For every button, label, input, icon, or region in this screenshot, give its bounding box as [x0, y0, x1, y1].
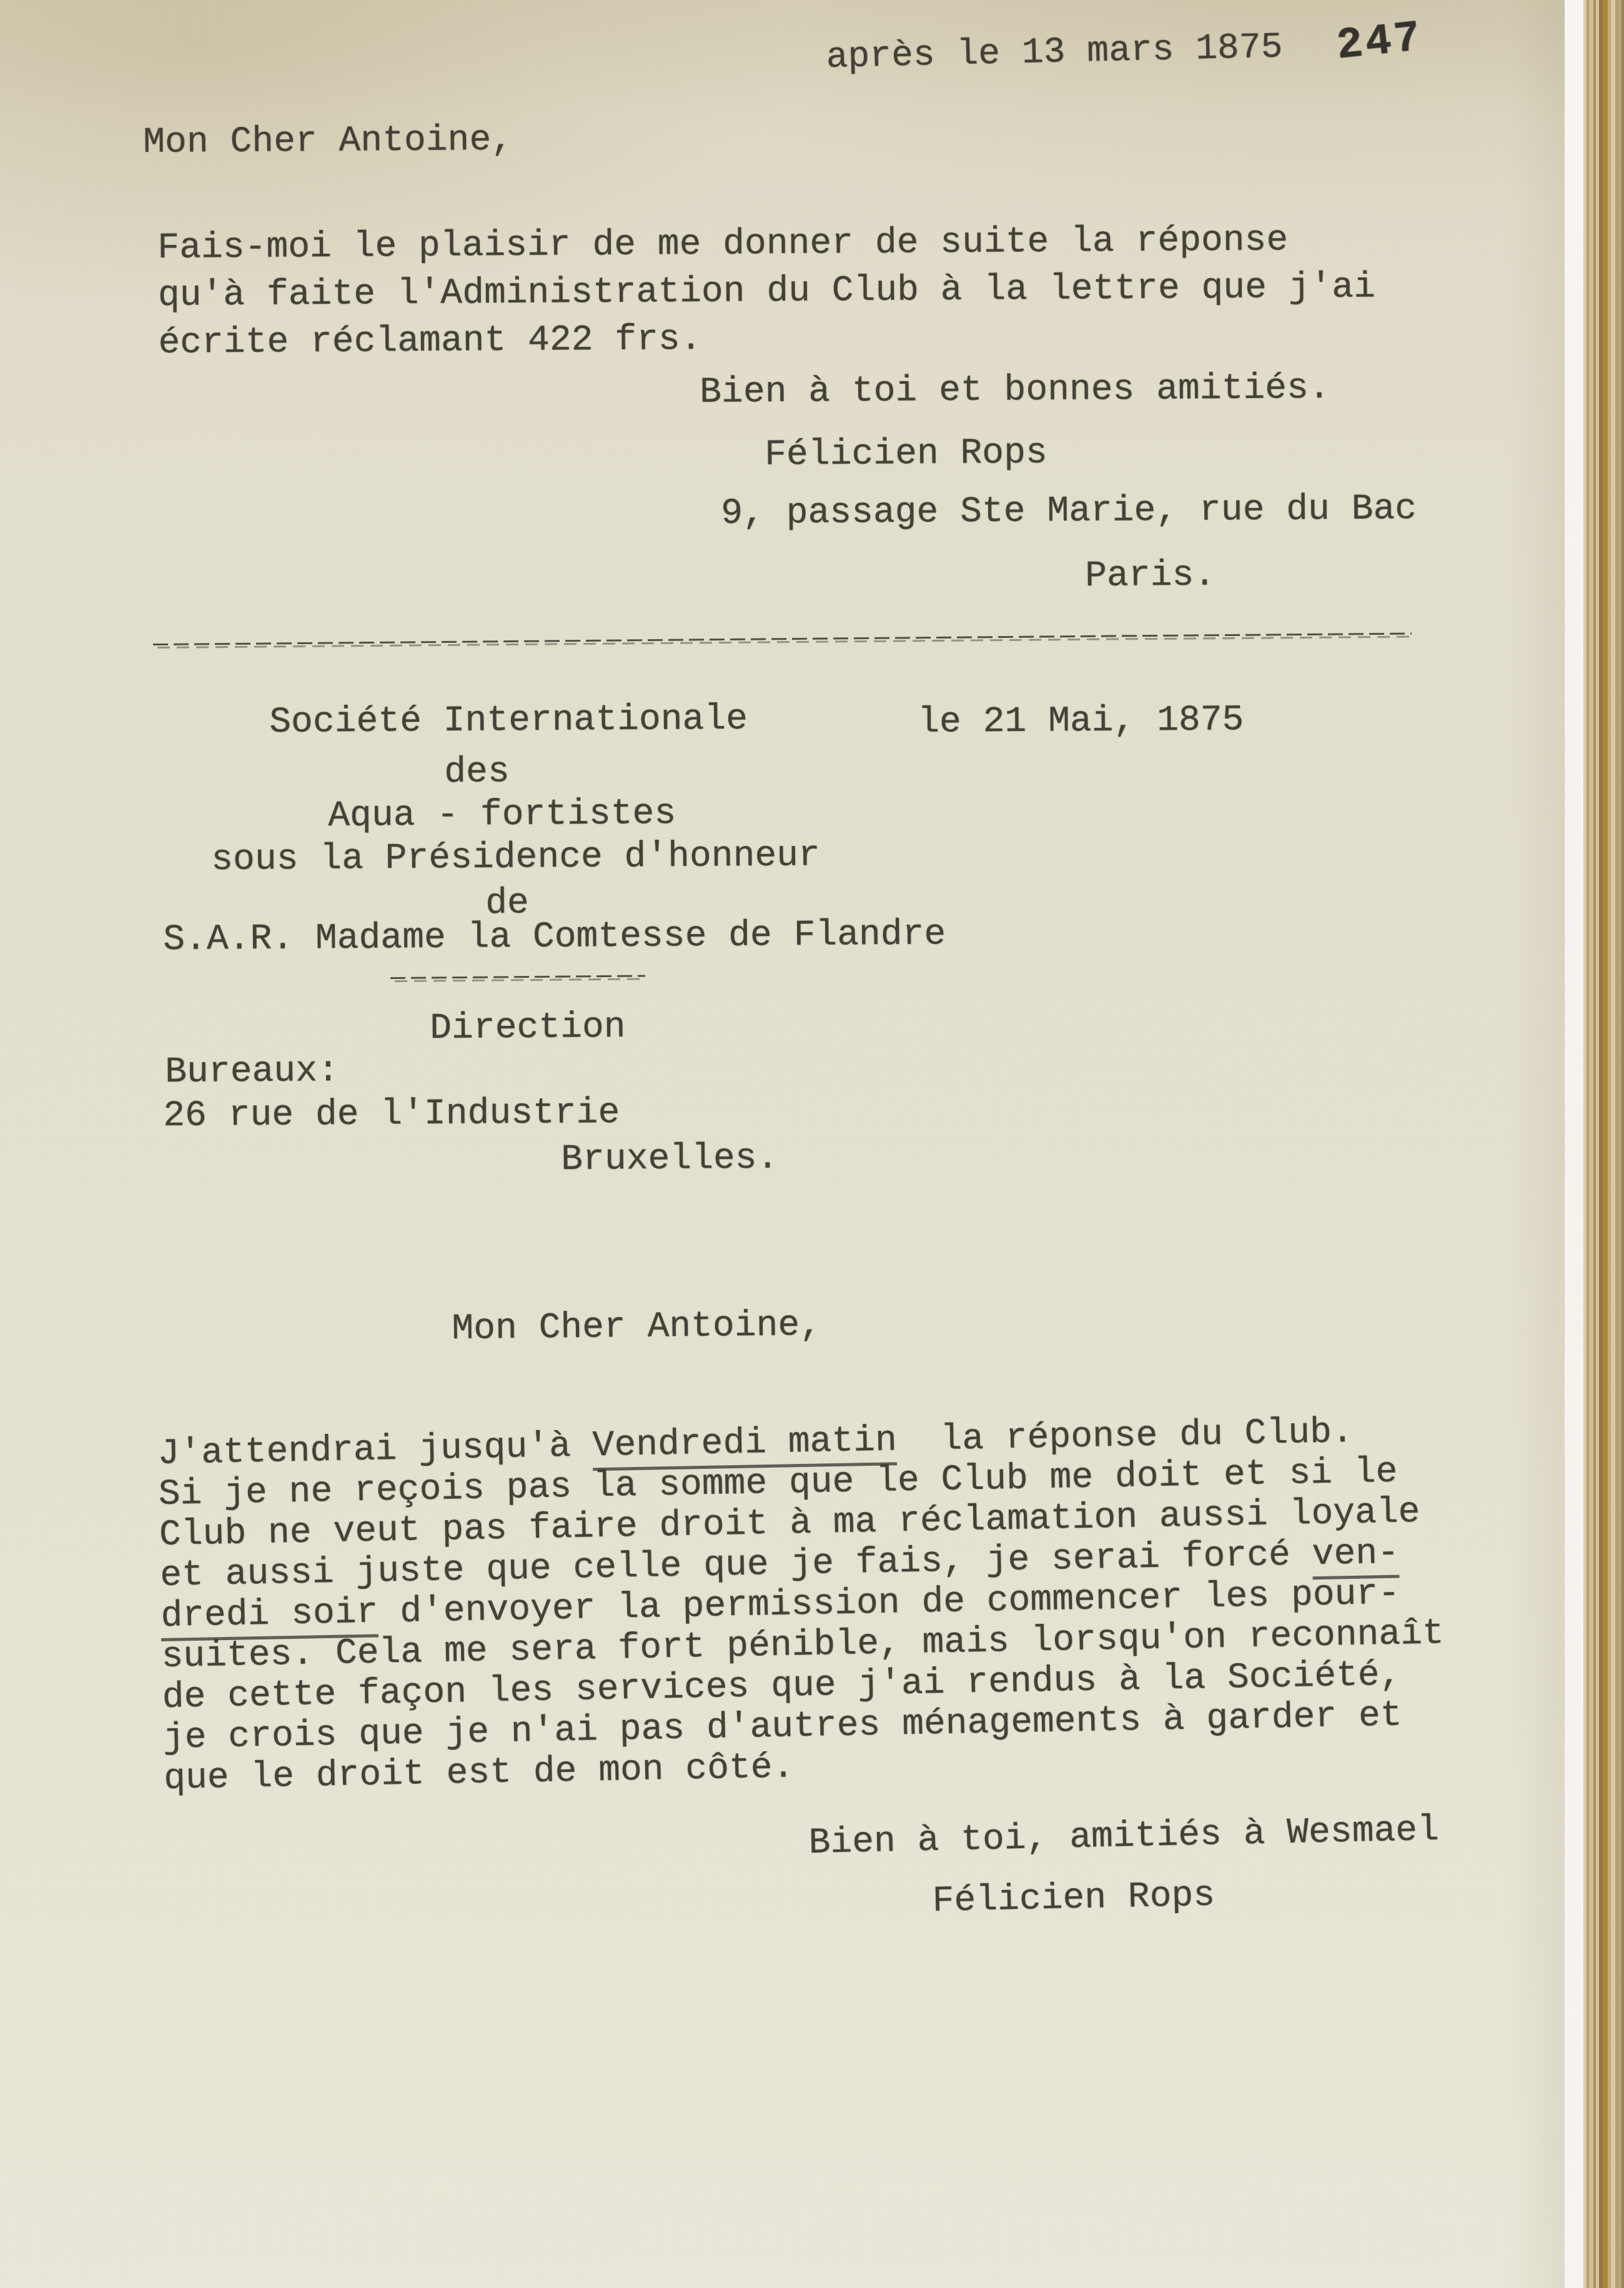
letter2-closing: Bien à toi, amitiés à Wesmael	[808, 1811, 1439, 1863]
letterhead-date: le 21 Mai, 1875	[918, 701, 1244, 742]
book-page-edges	[1583, 0, 1624, 2288]
divider-line	[153, 632, 1412, 649]
date-annotation: après le 13 mars 1875	[826, 28, 1283, 77]
letterhead-org-line3: Aqua - fortistes	[328, 795, 676, 836]
letterhead-org-line4: sous la Présidence d'honneur	[211, 837, 820, 880]
letter1-salutation: Mon Cher Antoine,	[143, 121, 513, 162]
scanned-letter-page: après le 13 mars 1875 247 Mon Cher Antoi…	[0, 0, 1624, 2288]
letter1-body: Fais-moi le plaisir de me donner de suit…	[157, 216, 1376, 367]
letter-line: écrite réclamant 422 frs.	[158, 311, 1376, 367]
letter2-signature: Félicien Rops	[932, 1877, 1216, 1921]
letter1-address-line1: 9, passage Ste Marie, rue du Bac	[721, 490, 1417, 534]
letterhead-org-line6: S.A.R. Madame la Comtesse de Flandre	[163, 915, 946, 960]
text-segment: Fais-moi le plaisir de me donner de suit…	[157, 220, 1288, 269]
letter1-signature: Félicien Rops	[765, 434, 1047, 475]
letterhead-bureaux-city: Bruxelles.	[561, 1140, 778, 1180]
letter1-closing: Bien à toi et bonnes amitiés.	[700, 369, 1330, 412]
page-edge-shading	[1508, 0, 1565, 2288]
letterhead-direction: Direction	[430, 1008, 626, 1048]
letter-line: Fais-moi le plaisir de me donner de suit…	[157, 216, 1375, 272]
letterhead-org-line2: des	[444, 753, 510, 792]
letterhead-bureaux-label: Bureaux:	[165, 1052, 339, 1092]
text-segment: écrite réclamant 422 frs.	[158, 319, 702, 364]
letter-line: qu'à faite l'Administration du Club à la…	[158, 264, 1376, 320]
text-segment: qu'à faite l'Administration du Club à la…	[158, 267, 1376, 316]
letter2-salutation: Mon Cher Antoine,	[452, 1306, 821, 1349]
letter1-address-line2: Paris.	[1085, 557, 1216, 596]
page-gap-strip	[1565, 0, 1583, 2288]
letterhead-bureaux-address: 26 rue de l'Industrie	[163, 1094, 620, 1136]
divider-short-line	[390, 975, 645, 983]
letterhead-org-line1: Société Internationale	[269, 700, 748, 742]
page-number: 247	[1334, 14, 1425, 72]
underlined-text: ven-	[1312, 1533, 1400, 1580]
letter2-body: J'attendrai jusqu'à Vendredi matin la ré…	[157, 1410, 1447, 1799]
